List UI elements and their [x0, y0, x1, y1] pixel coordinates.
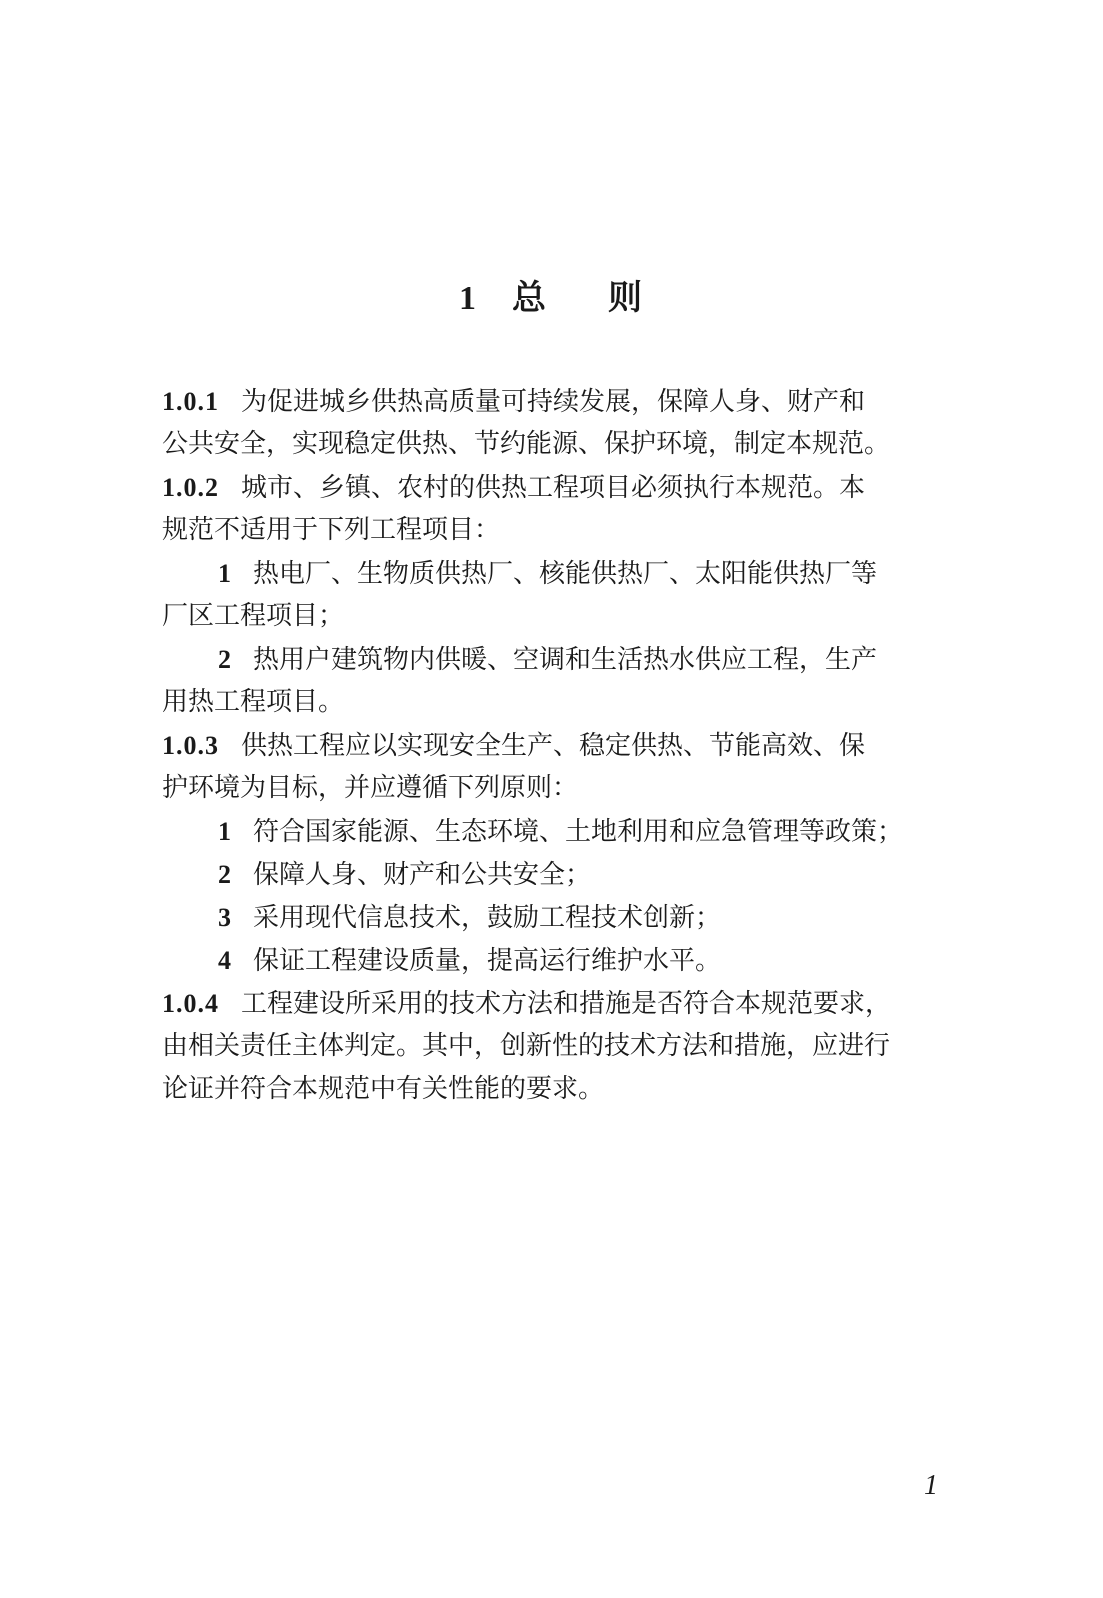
- item-text: 热电厂、生物质供热厂、核能供热厂、太阳能供热厂等: [253, 559, 877, 589]
- text-line: 厂区工程项目；: [162, 595, 962, 638]
- clause-text: 供热工程应以实现安全生产、稳定供热、节能高效、保: [241, 731, 865, 761]
- clause-text: 为促进城乡供热高质量可持续发展，保障人身、财产和: [241, 387, 865, 417]
- item-text: 热用户建筑物内供暖、空调和生活热水供应工程，生产: [253, 645, 877, 675]
- chapter-title-char-2: 则: [608, 278, 644, 318]
- list-item: 1热电厂、生物质供热厂、核能供热厂、太阳能供热厂等: [162, 552, 962, 595]
- clause-number: 1.0.3: [162, 731, 219, 760]
- item-number: 2: [218, 645, 231, 674]
- item-text: 采用现代信息技术，鼓励工程技术创新；: [253, 903, 721, 933]
- item-number: 3: [218, 903, 231, 932]
- clause-text: 工程建设所采用的技术方法和措施是否符合本规范要求，: [241, 989, 891, 1019]
- item-text: 符合国家能源、生态环境、土地利用和应急管理等政策；: [253, 817, 903, 847]
- document-body: 1.0.1为促进城乡供热高质量可持续发展，保障人身、财产和 公共安全，实现稳定供…: [162, 380, 962, 1111]
- list-item: 3采用现代信息技术，鼓励工程技术创新；: [162, 896, 962, 939]
- clause-line: 1.0.4工程建设所采用的技术方法和措施是否符合本规范要求，: [162, 982, 962, 1025]
- chapter-number: 1: [459, 280, 478, 317]
- list-item: 1符合国家能源、生态环境、土地利用和应急管理等政策；: [162, 810, 962, 853]
- clause-text: 公共安全，实现稳定供热、节约能源、保护环境，制定本规范。: [162, 429, 890, 459]
- clause-text: 护环境为目标，并应遵循下列原则：: [162, 773, 578, 803]
- list-item: 4保证工程建设质量，提高运行维护水平。: [162, 939, 962, 982]
- chapter-title: 1总则: [0, 270, 1103, 319]
- item-number: 4: [218, 946, 231, 975]
- clause-number: 1.0.2: [162, 473, 219, 502]
- chapter-title-char-1: 总: [512, 278, 548, 318]
- item-text: 用热工程项目。: [162, 687, 344, 717]
- text-line: 用热工程项目。: [162, 681, 962, 724]
- item-text: 保障人身、财产和公共安全；: [253, 860, 591, 890]
- clause-line: 1.0.3供热工程应以实现安全生产、稳定供热、节能高效、保: [162, 724, 962, 767]
- item-text: 保证工程建设质量，提高运行维护水平。: [253, 946, 721, 976]
- item-number: 2: [218, 860, 231, 889]
- clause-text: 城市、乡镇、农村的供热工程项目必须执行本规范。本: [241, 473, 865, 503]
- text-line: 规范不适用于下列工程项目：: [162, 509, 962, 552]
- clause-text: 由相关责任主体判定。其中，创新性的技术方法和措施，应进行: [162, 1031, 890, 1061]
- clause-number: 1.0.4: [162, 989, 219, 1018]
- clause-text: 论证并符合本规范中有关性能的要求。: [162, 1074, 604, 1104]
- clause-text: 规范不适用于下列工程项目：: [162, 515, 500, 545]
- text-line: 由相关责任主体判定。其中，创新性的技术方法和措施，应进行: [162, 1025, 962, 1068]
- text-line: 公共安全，实现稳定供热、节约能源、保护环境，制定本规范。: [162, 423, 962, 466]
- clause-line: 1.0.2城市、乡镇、农村的供热工程项目必须执行本规范。本: [162, 466, 962, 509]
- text-line: 论证并符合本规范中有关性能的要求。: [162, 1068, 962, 1111]
- item-number: 1: [218, 817, 231, 846]
- item-text: 厂区工程项目；: [162, 601, 344, 631]
- list-item: 2保障人身、财产和公共安全；: [162, 853, 962, 896]
- page-number: 1: [924, 1470, 938, 1502]
- clause-number: 1.0.1: [162, 387, 219, 416]
- list-item: 2热用户建筑物内供暖、空调和生活热水供应工程，生产: [162, 638, 962, 681]
- item-number: 1: [218, 559, 231, 588]
- text-line: 护环境为目标，并应遵循下列原则：: [162, 767, 962, 810]
- clause-line: 1.0.1为促进城乡供热高质量可持续发展，保障人身、财产和: [162, 380, 962, 423]
